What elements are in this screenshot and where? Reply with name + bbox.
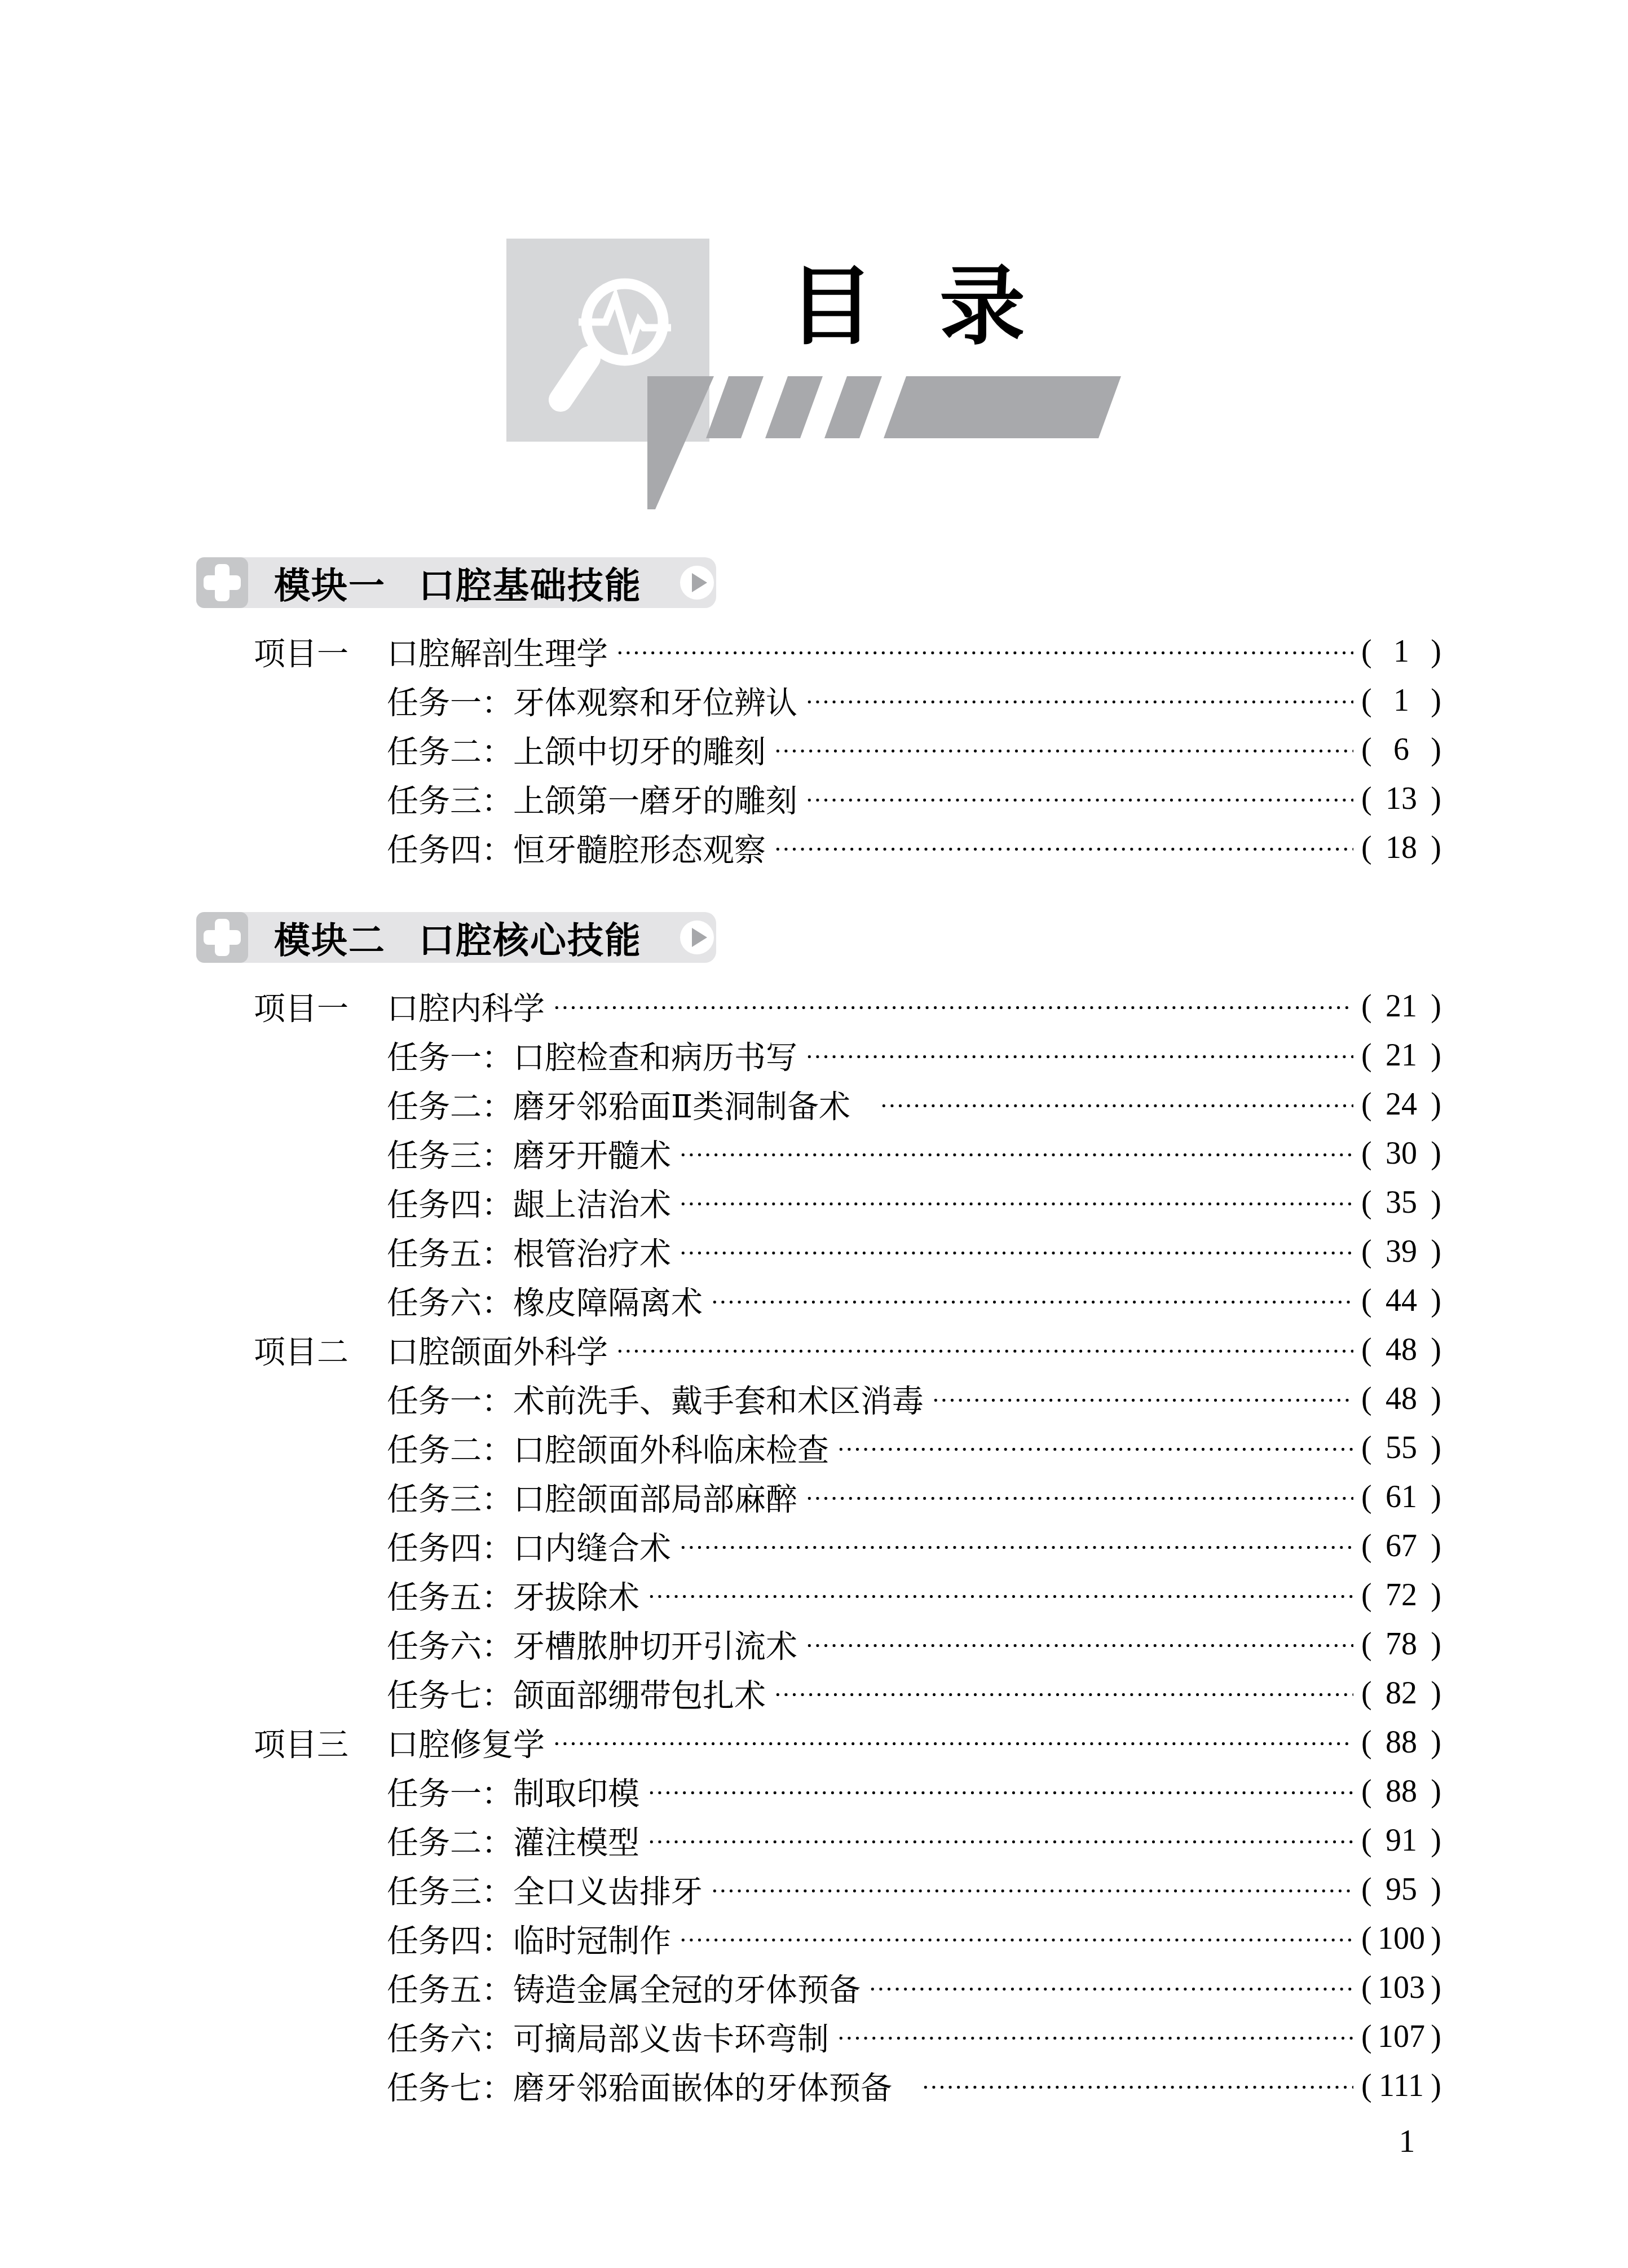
paren-close: ): [1431, 1086, 1441, 1122]
module-1-toc-list: 项目一口腔解剖生理学(1)任务一：牙体观察和牙位辨认(1)任务二：上颌中切牙的雕…: [254, 627, 1441, 872]
entry-label: 任务六：: [387, 1622, 513, 1667]
dot-leader: [771, 747, 1353, 756]
dot-leader: [835, 1445, 1353, 1454]
paren-open: (: [1361, 1430, 1372, 1466]
task-row: 任务四：龈上洁治术(35): [254, 1178, 1441, 1227]
paren-close: ): [1431, 1184, 1441, 1221]
module-label-text: 模块一: [274, 557, 386, 609]
task-row: 任务三：上颌第一磨牙的雕刻(13): [254, 774, 1441, 823]
entry-title: 恒牙髓腔形态观察: [513, 825, 766, 870]
module-title-text: 口腔基础技能: [418, 557, 642, 609]
page-number-value: 18: [1372, 830, 1431, 866]
dot-leader: [771, 845, 1353, 854]
paren-close: ): [1431, 1430, 1441, 1466]
entry-label: 项目一: [254, 629, 387, 674]
module-title: 模块一口腔基础技能: [274, 557, 642, 609]
dot-leader: [929, 1396, 1353, 1405]
entry-label: 任务四：: [387, 1916, 513, 1961]
entry-label: 任务一：: [387, 678, 513, 723]
paren-close: ): [1431, 781, 1441, 817]
paren-open: (: [1361, 830, 1372, 866]
entry-title: 上颌中切牙的雕刻: [513, 727, 766, 772]
entry-title: 橡皮障隔离术: [513, 1278, 703, 1323]
entry-title: 磨牙邻𬌗面嵌体的牙体预备: [513, 2063, 892, 2108]
paren-open: (: [1361, 1724, 1372, 1760]
entry-title: 制取印模: [513, 1769, 639, 1814]
paren-close: ): [1431, 1724, 1441, 1760]
entry-page-number: (30): [1361, 1135, 1441, 1172]
entry-page-number: (78): [1361, 1626, 1441, 1662]
page-number-value: 1: [1372, 682, 1431, 719]
page-number-value: 39: [1372, 1234, 1431, 1270]
paren-open: (: [1361, 1921, 1372, 1957]
task-row: 任务二：口腔颌面外科临床检查(55): [254, 1423, 1441, 1472]
task-row: 任务一：术前洗手、戴手套和术区消毒(48): [254, 1374, 1441, 1423]
paren-open: (: [1361, 682, 1372, 719]
page-number-value: 55: [1372, 1430, 1431, 1466]
dot-leader: [866, 1985, 1353, 1994]
entry-title: 磨牙邻𬌗面Ⅱ类洞制备术: [513, 1082, 850, 1127]
page-number-value: 48: [1372, 1332, 1431, 1368]
page-number-value: 35: [1372, 1184, 1431, 1221]
paren-open: (: [1361, 1234, 1372, 1270]
entry-title: 术前洗手、戴手套和术区消毒: [513, 1376, 924, 1421]
paren-close: ): [1431, 1675, 1441, 1711]
entry-label: 任务七：: [387, 2063, 513, 2108]
page-number-value: 44: [1372, 1283, 1431, 1319]
entry-title: 牙体观察和牙位辨认: [513, 678, 797, 723]
entry-label: 任务二：: [387, 727, 513, 772]
paren-open: (: [1361, 1528, 1372, 1564]
entry-label: 任务六：: [387, 2014, 513, 2059]
page-number-value: 88: [1372, 1724, 1431, 1760]
section-row: 项目一口腔解剖生理学(1): [254, 627, 1441, 676]
paren-open: (: [1361, 1871, 1372, 1908]
task-row: 任务七：颌面部绷带包扎术(82): [254, 1668, 1441, 1717]
page-number-value: 72: [1372, 1577, 1431, 1613]
page-number-value: 67: [1372, 1528, 1431, 1564]
entry-page-number: (95): [1361, 1871, 1441, 1908]
paren-close: ): [1431, 1528, 1441, 1564]
task-row: 任务一：牙体观察和牙位辨认(1): [254, 676, 1441, 725]
entry-page-number: (35): [1361, 1184, 1441, 1221]
magnifier-pulse-icon: [506, 239, 709, 442]
entry-label: 任务三：: [387, 1867, 513, 1912]
task-row: 任务二：上颌中切牙的雕刻(6): [254, 725, 1441, 774]
entry-page-number: (13): [1361, 781, 1441, 817]
page-number-value: 111: [1372, 2068, 1431, 2104]
entry-title: 灌注模型: [513, 1818, 639, 1863]
entry-title: 铸造金属全冠的牙体预备: [513, 1965, 861, 2010]
entry-page-number: (21): [1361, 1037, 1441, 1073]
paren-open: (: [1361, 1970, 1372, 2006]
paren-close: ): [1431, 732, 1441, 768]
page-number-value: 24: [1372, 1086, 1431, 1122]
entry-page-number: (48): [1361, 1381, 1441, 1417]
folio-page-number: 1: [1382, 2122, 1432, 2160]
entry-page-number: (88): [1361, 1724, 1441, 1760]
entry-page-number: (91): [1361, 1822, 1441, 1859]
dot-leader: [677, 1936, 1353, 1945]
task-row: 任务二：磨牙邻𬌗面Ⅱ类洞制备术(24): [254, 1080, 1441, 1129]
page-number-value: 1: [1372, 633, 1431, 670]
page-number-value: 61: [1372, 1479, 1431, 1515]
entry-page-number: (48): [1361, 1332, 1441, 1368]
paren-close: ): [1431, 1577, 1441, 1613]
entry-label: 任务五：: [387, 1573, 513, 1618]
page-number-value: 103: [1372, 1970, 1431, 2006]
paren-close: ): [1431, 1332, 1441, 1368]
entry-title: 口腔修复学: [387, 1720, 545, 1765]
entry-page-number: (82): [1361, 1675, 1441, 1711]
dot-leader: [803, 698, 1353, 707]
page-number-value: 21: [1372, 1037, 1431, 1073]
page-number-value: 48: [1372, 1381, 1431, 1417]
paren-close: ): [1431, 1773, 1441, 1809]
entry-page-number: (6): [1361, 732, 1441, 768]
play-triangle: [692, 573, 707, 592]
dot-leader: [708, 1298, 1353, 1307]
entry-label: 任务三：: [387, 1131, 513, 1176]
entry-title: 龈上洁治术: [513, 1180, 671, 1225]
task-row: 任务五：牙拔除术(72): [254, 1570, 1441, 1619]
entry-page-number: (67): [1361, 1528, 1441, 1564]
entry-page-number: (72): [1361, 1577, 1441, 1613]
entry-label: 项目一: [254, 984, 387, 1029]
dot-leader: [803, 1052, 1353, 1062]
plus-icon: [196, 557, 248, 608]
entry-page-number: (100): [1361, 1921, 1441, 1957]
paren-open: (: [1361, 1086, 1372, 1122]
paren-close: ): [1431, 1283, 1441, 1319]
entry-page-number: (61): [1361, 1479, 1441, 1515]
task-row: 任务一：制取印模(88): [254, 1767, 1441, 1816]
module-label-text: 模块二: [274, 911, 386, 963]
page-number-value: 78: [1372, 1626, 1431, 1662]
paren-open: (: [1361, 988, 1372, 1024]
play-triangle: [692, 928, 707, 947]
paren-close: ): [1431, 1135, 1441, 1172]
task-row: 任务三：口腔颌面部局部麻醉(61): [254, 1472, 1441, 1521]
paren-open: (: [1361, 1381, 1372, 1417]
entry-title: 口内缝合术: [513, 1523, 671, 1569]
dot-leader: [803, 796, 1353, 805]
section-row: 项目三口腔修复学(88): [254, 1717, 1441, 1767]
paren-open: (: [1361, 1626, 1372, 1662]
section-row: 项目二口腔颌面外科学(48): [254, 1325, 1441, 1374]
paren-open: (: [1361, 1332, 1372, 1368]
page-number-value: 100: [1372, 1921, 1431, 1957]
dot-leader: [877, 1102, 1353, 1111]
paren-open: (: [1361, 1479, 1372, 1515]
dot-leader: [771, 1690, 1353, 1699]
entry-label: 任务七：: [387, 1671, 513, 1716]
paren-open: (: [1361, 2019, 1372, 2055]
entry-label: 任务五：: [387, 1965, 513, 2010]
entry-label: 任务一：: [387, 1033, 513, 1078]
task-row: 任务六：可摘局部义齿卡环弯制(107): [254, 2012, 1441, 2061]
entry-label: 任务一：: [387, 1376, 513, 1421]
page-number-value: 91: [1372, 1822, 1431, 1859]
module-header-2: 模块二口腔核心技能: [196, 912, 716, 963]
plus-icon: [196, 912, 248, 963]
entry-title: 磨牙开髓术: [513, 1131, 671, 1176]
task-row: 任务六：橡皮障隔离术(44): [254, 1276, 1441, 1325]
entry-title: 临时冠制作: [513, 1916, 671, 1961]
module-title-text: 口腔核心技能: [418, 911, 642, 963]
play-icon: [680, 921, 714, 954]
entry-page-number: (24): [1361, 1086, 1441, 1122]
page-title-char: 录: [939, 261, 1025, 355]
task-row: 任务三：全口义齿排牙(95): [254, 1865, 1441, 1914]
entry-title: 口腔颌面部局部麻醉: [513, 1474, 797, 1520]
dot-leader: [677, 1249, 1353, 1258]
entry-title: 牙拔除术: [513, 1573, 639, 1618]
entry-page-number: (111): [1361, 2068, 1441, 2104]
entry-title: 颌面部绷带包扎术: [513, 1671, 766, 1716]
entry-title: 可摘局部义齿卡环弯制: [513, 2014, 829, 2059]
entry-label: 任务四：: [387, 1523, 513, 1569]
task-row: 任务二：灌注模型(91): [254, 1816, 1441, 1865]
entry-title: 口腔内科学: [387, 984, 545, 1029]
entry-title: 口腔检查和病历书写: [513, 1033, 797, 1078]
module-title: 模块二口腔核心技能: [274, 911, 642, 963]
paren-close: ): [1431, 2019, 1441, 2055]
task-row: 任务五：根管治疗术(39): [254, 1227, 1441, 1276]
page-number-value: 6: [1372, 732, 1431, 768]
paren-close: ): [1431, 1871, 1441, 1908]
entry-page-number: (88): [1361, 1773, 1441, 1809]
paren-open: (: [1361, 633, 1372, 670]
paren-close: ): [1431, 1822, 1441, 1859]
dot-leader: [677, 1200, 1353, 1209]
dot-leader: [919, 2083, 1353, 2092]
entry-page-number: (1): [1361, 682, 1441, 719]
entry-title: 口腔颌面外科学: [387, 1327, 608, 1372]
task-row: 任务四：恒牙髓腔形态观察(18): [254, 823, 1441, 872]
page-number-value: 107: [1372, 2019, 1431, 2055]
entry-label: 任务二：: [387, 1818, 513, 1863]
entry-label: 任务一：: [387, 1769, 513, 1814]
page-number-value: 21: [1372, 988, 1431, 1024]
entry-page-number: (21): [1361, 988, 1441, 1024]
paren-close: ): [1431, 1381, 1441, 1417]
dot-leader: [550, 1003, 1353, 1012]
paren-close: ): [1431, 1970, 1441, 2006]
dot-leader: [614, 649, 1353, 658]
task-row: 任务七：磨牙邻𬌗面嵌体的牙体预备(111): [254, 2061, 1441, 2110]
entry-label: 任务二：: [387, 1425, 513, 1470]
paren-open: (: [1361, 1283, 1372, 1319]
page-number-value: 30: [1372, 1135, 1431, 1172]
entry-label: 任务四：: [387, 1180, 513, 1225]
page-title: 目 录: [788, 261, 1025, 355]
dot-leader: [803, 1494, 1353, 1503]
paren-open: (: [1361, 1577, 1372, 1613]
entry-page-number: (107): [1361, 2019, 1441, 2055]
paren-open: (: [1361, 1675, 1372, 1711]
page-number-value: 95: [1372, 1871, 1431, 1908]
paren-open: (: [1361, 781, 1372, 817]
paren-close: ): [1431, 1234, 1441, 1270]
paren-open: (: [1361, 1184, 1372, 1221]
dot-leader: [677, 1151, 1353, 1160]
paren-close: ): [1431, 1479, 1441, 1515]
paren-close: ): [1431, 1037, 1441, 1073]
entry-page-number: (55): [1361, 1430, 1441, 1466]
entry-title: 上颌第一磨牙的雕刻: [513, 776, 797, 821]
entry-label: 任务三：: [387, 1474, 513, 1520]
module-header-1: 模块一口腔基础技能: [196, 557, 716, 608]
paren-close: ): [1431, 1626, 1441, 1662]
paren-open: (: [1361, 2068, 1372, 2104]
page-number-value: 88: [1372, 1773, 1431, 1809]
play-icon: [680, 566, 714, 600]
toc-page: 目 录 模块一口腔基础技能项目一口腔解剖生理学(1)任务一：牙体观察和牙位辨认(…: [0, 0, 1628, 2268]
paren-close: ): [1431, 2068, 1441, 2104]
dot-leader: [645, 1789, 1353, 1798]
entry-label: 任务五：: [387, 1229, 513, 1274]
task-row: 任务三：磨牙开髓术(30): [254, 1129, 1441, 1178]
entry-label: 任务四：: [387, 825, 513, 870]
paren-open: (: [1361, 1037, 1372, 1073]
paren-close: ): [1431, 830, 1441, 866]
dot-leader: [645, 1838, 1353, 1847]
dot-leader: [835, 2034, 1353, 2043]
paren-close: ): [1431, 988, 1441, 1024]
entry-page-number: (39): [1361, 1234, 1441, 1270]
dot-leader: [550, 1739, 1353, 1749]
section-row: 项目一口腔内科学(21): [254, 981, 1441, 1030]
paren-open: (: [1361, 1135, 1372, 1172]
entry-page-number: (18): [1361, 830, 1441, 866]
entry-label: 任务二：: [387, 1082, 513, 1127]
entry-title: 全口义齿排牙: [513, 1867, 703, 1912]
entry-label: 任务三：: [387, 776, 513, 821]
task-row: 任务四：口内缝合术(67): [254, 1521, 1441, 1570]
page-number-value: 82: [1372, 1675, 1431, 1711]
task-row: 任务一：口腔检查和病历书写(21): [254, 1030, 1441, 1080]
page-title-char: 目: [788, 261, 874, 355]
paren-close: ): [1431, 682, 1441, 719]
paren-open: (: [1361, 732, 1372, 768]
entry-label: 任务六：: [387, 1278, 513, 1323]
dot-leader: [708, 1887, 1353, 1896]
paren-close: ): [1431, 633, 1441, 670]
entry-page-number: (1): [1361, 633, 1441, 670]
entry-title: 牙槽脓肿切开引流术: [513, 1622, 797, 1667]
task-row: 任务五：铸造金属全冠的牙体预备(103): [254, 1963, 1441, 2012]
page-number-value: 13: [1372, 781, 1431, 817]
task-row: 任务六：牙槽脓肿切开引流术(78): [254, 1619, 1441, 1668]
entry-title: 口腔解剖生理学: [387, 629, 608, 674]
paren-open: (: [1361, 1773, 1372, 1809]
paren-close: ): [1431, 1921, 1441, 1957]
entry-label: 项目二: [254, 1327, 387, 1372]
entry-page-number: (103): [1361, 1970, 1441, 2006]
task-row: 任务四：临时冠制作(100): [254, 1914, 1441, 1963]
entry-title: 根管治疗术: [513, 1229, 671, 1274]
dot-leader: [803, 1641, 1353, 1650]
dot-leader: [614, 1347, 1353, 1356]
entry-page-number: (44): [1361, 1283, 1441, 1319]
paren-open: (: [1361, 1822, 1372, 1859]
dot-leader: [645, 1592, 1353, 1601]
module-2-toc-list: 项目一口腔内科学(21)任务一：口腔检查和病历书写(21)任务二：磨牙邻𬌗面Ⅱ类…: [254, 981, 1441, 2110]
entry-title: 口腔颌面外科临床检查: [513, 1425, 829, 1470]
dot-leader: [677, 1543, 1353, 1552]
entry-label: 项目三: [254, 1720, 387, 1765]
